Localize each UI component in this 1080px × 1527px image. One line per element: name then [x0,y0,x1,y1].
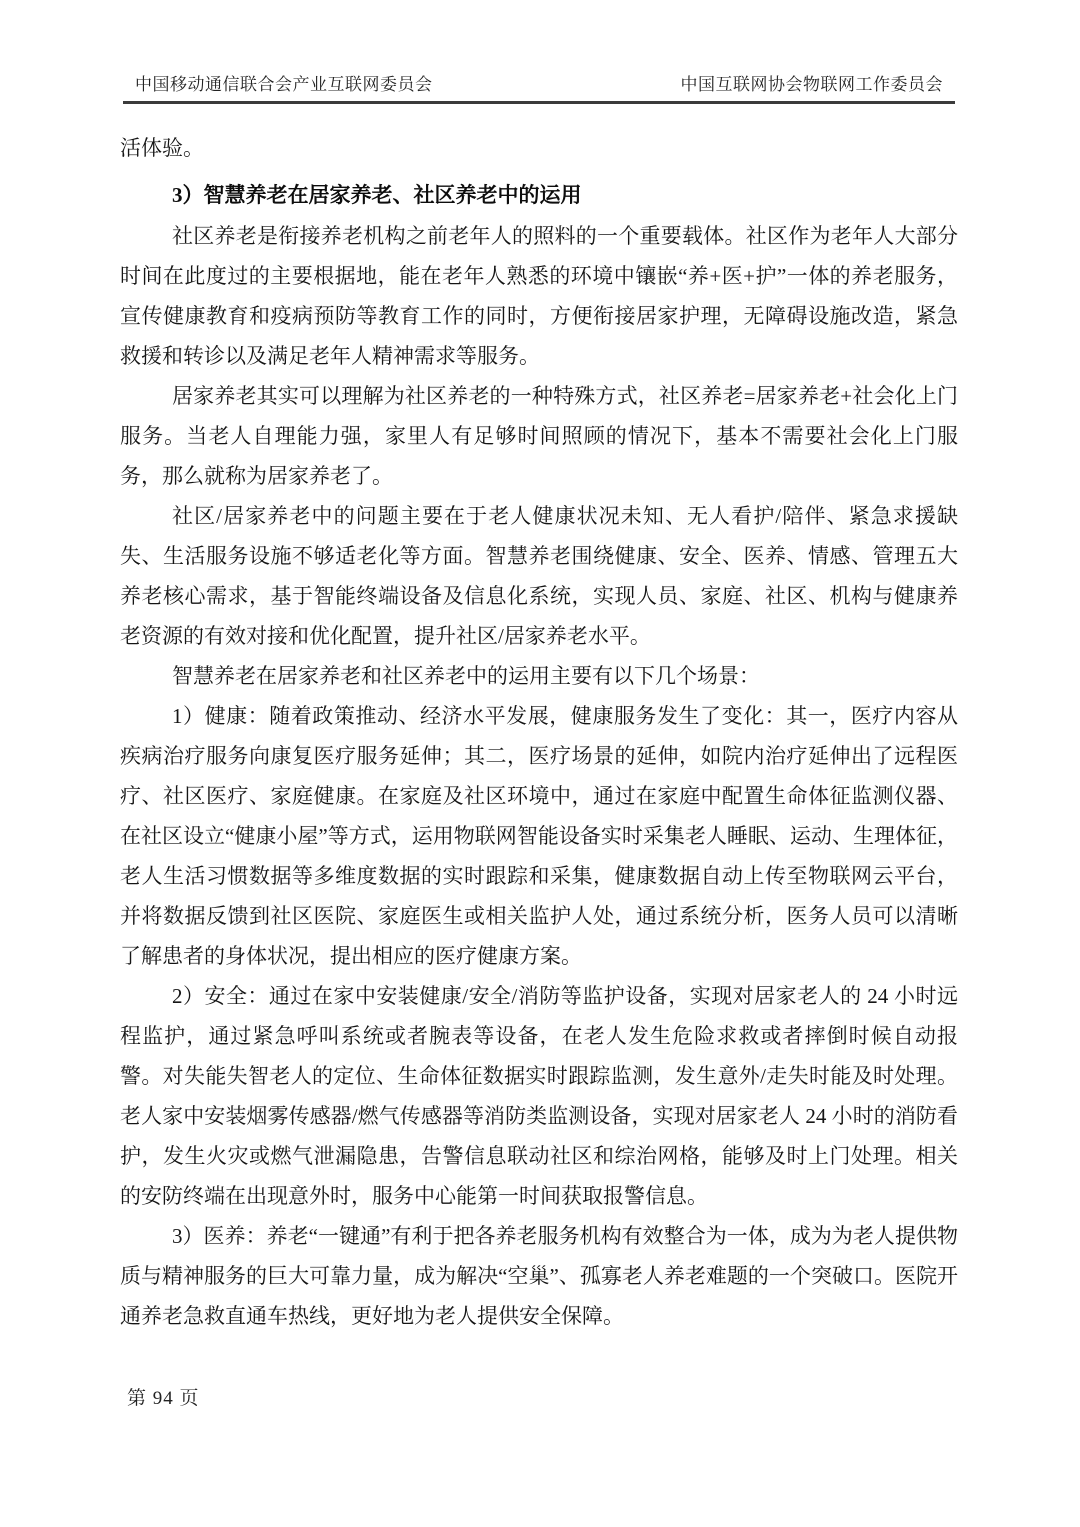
document-body: 活体验。 3）智慧养老在居家养老、社区养老中的运用 社区养老是衔接养老机构之前老… [120,128,958,1336]
page-footer: 第 94 页 [127,1383,200,1410]
continuation-paragraph: 活体验。 [120,128,958,168]
paragraph-home-care: 居家养老其实可以理解为社区养老的一种特殊方式，社区养老=居家养老+社会化上门服务… [120,376,958,496]
paragraph-community-care: 社区养老是衔接养老机构之前老年人的照料的一个重要载体。社区作为老年人大部分时间在… [120,216,958,376]
header-left-org: 中国移动通信联合会产业互联网委员会 [135,70,433,95]
paragraph-scenario-safety: 2）安全：通过在家中安装健康/安全/消防等监护设备，实现对居家老人的 24 小时… [120,976,958,1216]
paragraph-scenarios-intro: 智慧养老在居家养老和社区养老中的运用主要有以下几个场景： [120,656,958,696]
paragraph-scenario-health: 1）健康：随着政策推动、经济水平发展，健康服务发生了变化：其一，医疗内容从疾病治… [120,696,958,976]
document-page: 中国移动通信联合会产业互联网委员会 中国互联网协会物联网工作委员会 活体验。 3… [0,0,1080,1527]
header-row: 中国移动通信联合会产业互联网委员会 中国互联网协会物联网工作委员会 [123,70,955,101]
paragraph-scenario-medical: 3）医养：养老“一键通”有利于把各养老服务机构有效整合为一体，成为为老人提供物质… [120,1216,958,1336]
header-right-org: 中国互联网协会物联网工作委员会 [681,70,944,95]
page-header: 中国移动通信联合会产业互联网委员会 中国互联网协会物联网工作委员会 [123,70,955,104]
paragraph-problems-needs: 社区/居家养老中的问题主要在于老人健康状况未知、无人看护/陪伴、紧急求援缺失、生… [120,496,958,656]
header-divider-rule [123,101,955,104]
section-heading: 3）智慧养老在居家养老、社区养老中的运用 [120,175,958,215]
page-number: 第 94 页 [127,1388,200,1409]
